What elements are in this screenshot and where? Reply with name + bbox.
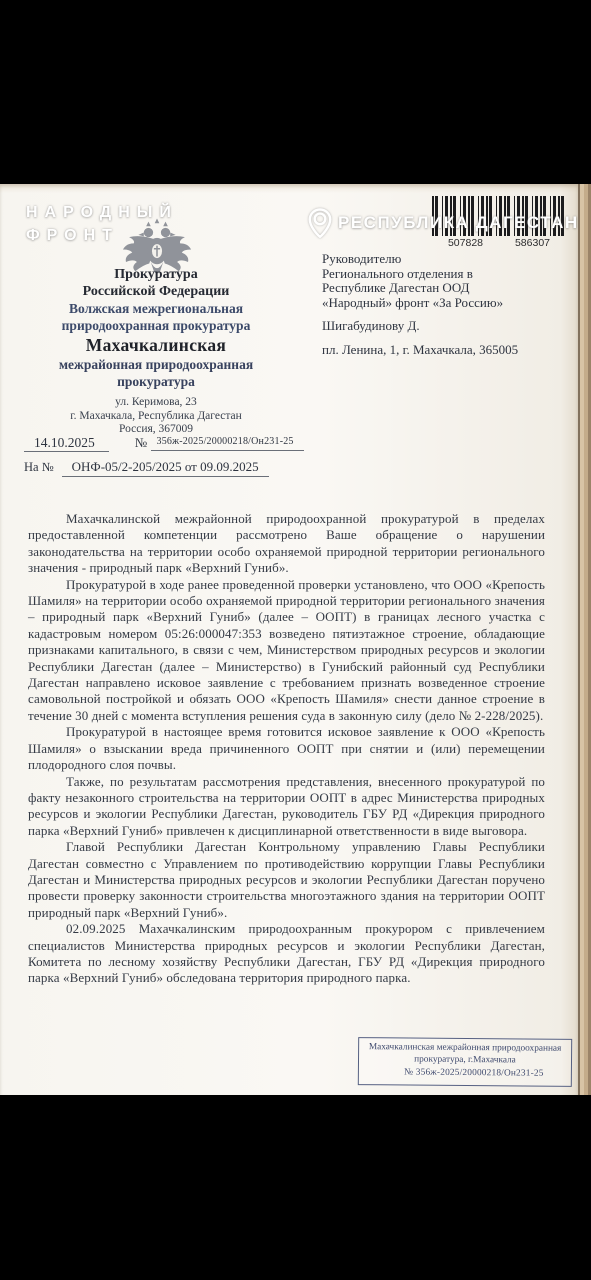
recipient-address: пл. Ленина, 1, г. Махачкала, 365005 (322, 343, 574, 358)
dagestan-watermark-text: РЕСПУБЛИКА ДАГЕСТАН (338, 213, 579, 233)
body-paragraph: Главой Республики Дагестан Контрольному … (28, 839, 545, 921)
narodny-front-watermark: НАРОДНЫЙ ФРОНТ (26, 201, 178, 247)
body-paragraph: 02.09.2025 Махачкалинским природоохранны… (28, 921, 545, 987)
org-line: прокуратура (8, 373, 304, 390)
stamp-line1: Махачкалинская межрайонная природоохранн… (365, 1042, 565, 1055)
org-line: Прокуратура (8, 266, 304, 283)
recipient-line: Руководителю (322, 252, 574, 267)
org-line: Махачкалинская (8, 334, 304, 356)
address-line: г. Махачкала, Республика Дагестан (8, 410, 304, 424)
stamp-line2: прокуратура, г.Махачкала (365, 1054, 565, 1067)
reply-reference-row: На №ОНФ-05/2-205/2025 от 09.09.2025 (24, 459, 269, 477)
letter-number: 356ж-2025/20000218/Он231-25 (151, 436, 304, 451)
stamp-number: № 356ж-2025/20000218/Он231-25 (365, 1067, 565, 1080)
document-photo: НАРОДНЫЙ ФРОНТ РЕСПУБЛИКА ДАГЕСТАН (0, 184, 591, 1095)
reference-row: 14.10.2025№ 356ж-2025/20000218/Он231-25 (24, 435, 554, 454)
body-paragraph: Также, по результатам рассмотрения предс… (28, 774, 545, 840)
body-paragraph: Прокуратурой в ходе ранее проведенной пр… (28, 577, 545, 725)
recipient-line: Регионального отделения в (322, 267, 574, 282)
org-line: Волжская межрегиональная (8, 300, 304, 317)
recipient-line: Республике Дагестан ООД (322, 281, 574, 296)
bottom-black-bar (0, 1095, 591, 1280)
org-line: межрайонная природоохранная (8, 356, 304, 373)
reply-label: На № (24, 460, 54, 474)
letter-date: 14.10.2025 (24, 435, 109, 452)
number-sign-label: № (135, 435, 147, 450)
barcode-numbers: 507828 586307 (432, 237, 566, 249)
dagestan-watermark: РЕСПУБЛИКА ДАГЕСТАН (308, 208, 579, 238)
recipient-name: Шигабудинову Д. (322, 319, 574, 334)
watermark-line1: НАРОДНЫЙ (26, 201, 178, 224)
letter-body: Махачкалинской межрайонной природоохранн… (28, 511, 545, 987)
barcode-number-left: 507828 (448, 237, 483, 249)
registration-stamp-box: Махачкалинская межрайонная природоохранн… (358, 1037, 572, 1086)
org-line: Российской Федерации (8, 283, 304, 300)
recipient-line: «Народный» фронт «За Россию» (322, 296, 574, 311)
paper-right-edge (578, 184, 591, 1095)
address-line: ул. Керимова, 23 (8, 396, 304, 410)
watermark-line2: ФРОНТ (26, 224, 178, 247)
letterhead-address: ул. Керимова, 23 г. Махачкала, Республик… (8, 396, 304, 437)
letterhead-org: Прокуратура Российской Федерации Волжска… (8, 266, 304, 390)
org-line: природоохранная прокуратура (8, 317, 304, 334)
screenshot-root: НАРОДНЫЙ ФРОНТ РЕСПУБЛИКА ДАГЕСТАН (0, 0, 591, 1280)
recipient-block: Руководителю Регионального отделения в Р… (322, 252, 574, 357)
letter-page: НАРОДНЫЙ ФРОНТ РЕСПУБЛИКА ДАГЕСТАН (0, 184, 578, 1095)
top-black-bar (0, 0, 591, 184)
barcode-number-right: 586307 (515, 237, 550, 249)
body-paragraph: Махачкалинской межрайонной природоохранн… (28, 511, 545, 577)
body-paragraph: Прокуратурой в настоящее время готовится… (28, 724, 545, 773)
map-pin-icon (308, 208, 332, 238)
reply-number: ОНФ-05/2-205/2025 от 09.09.2025 (62, 459, 269, 477)
